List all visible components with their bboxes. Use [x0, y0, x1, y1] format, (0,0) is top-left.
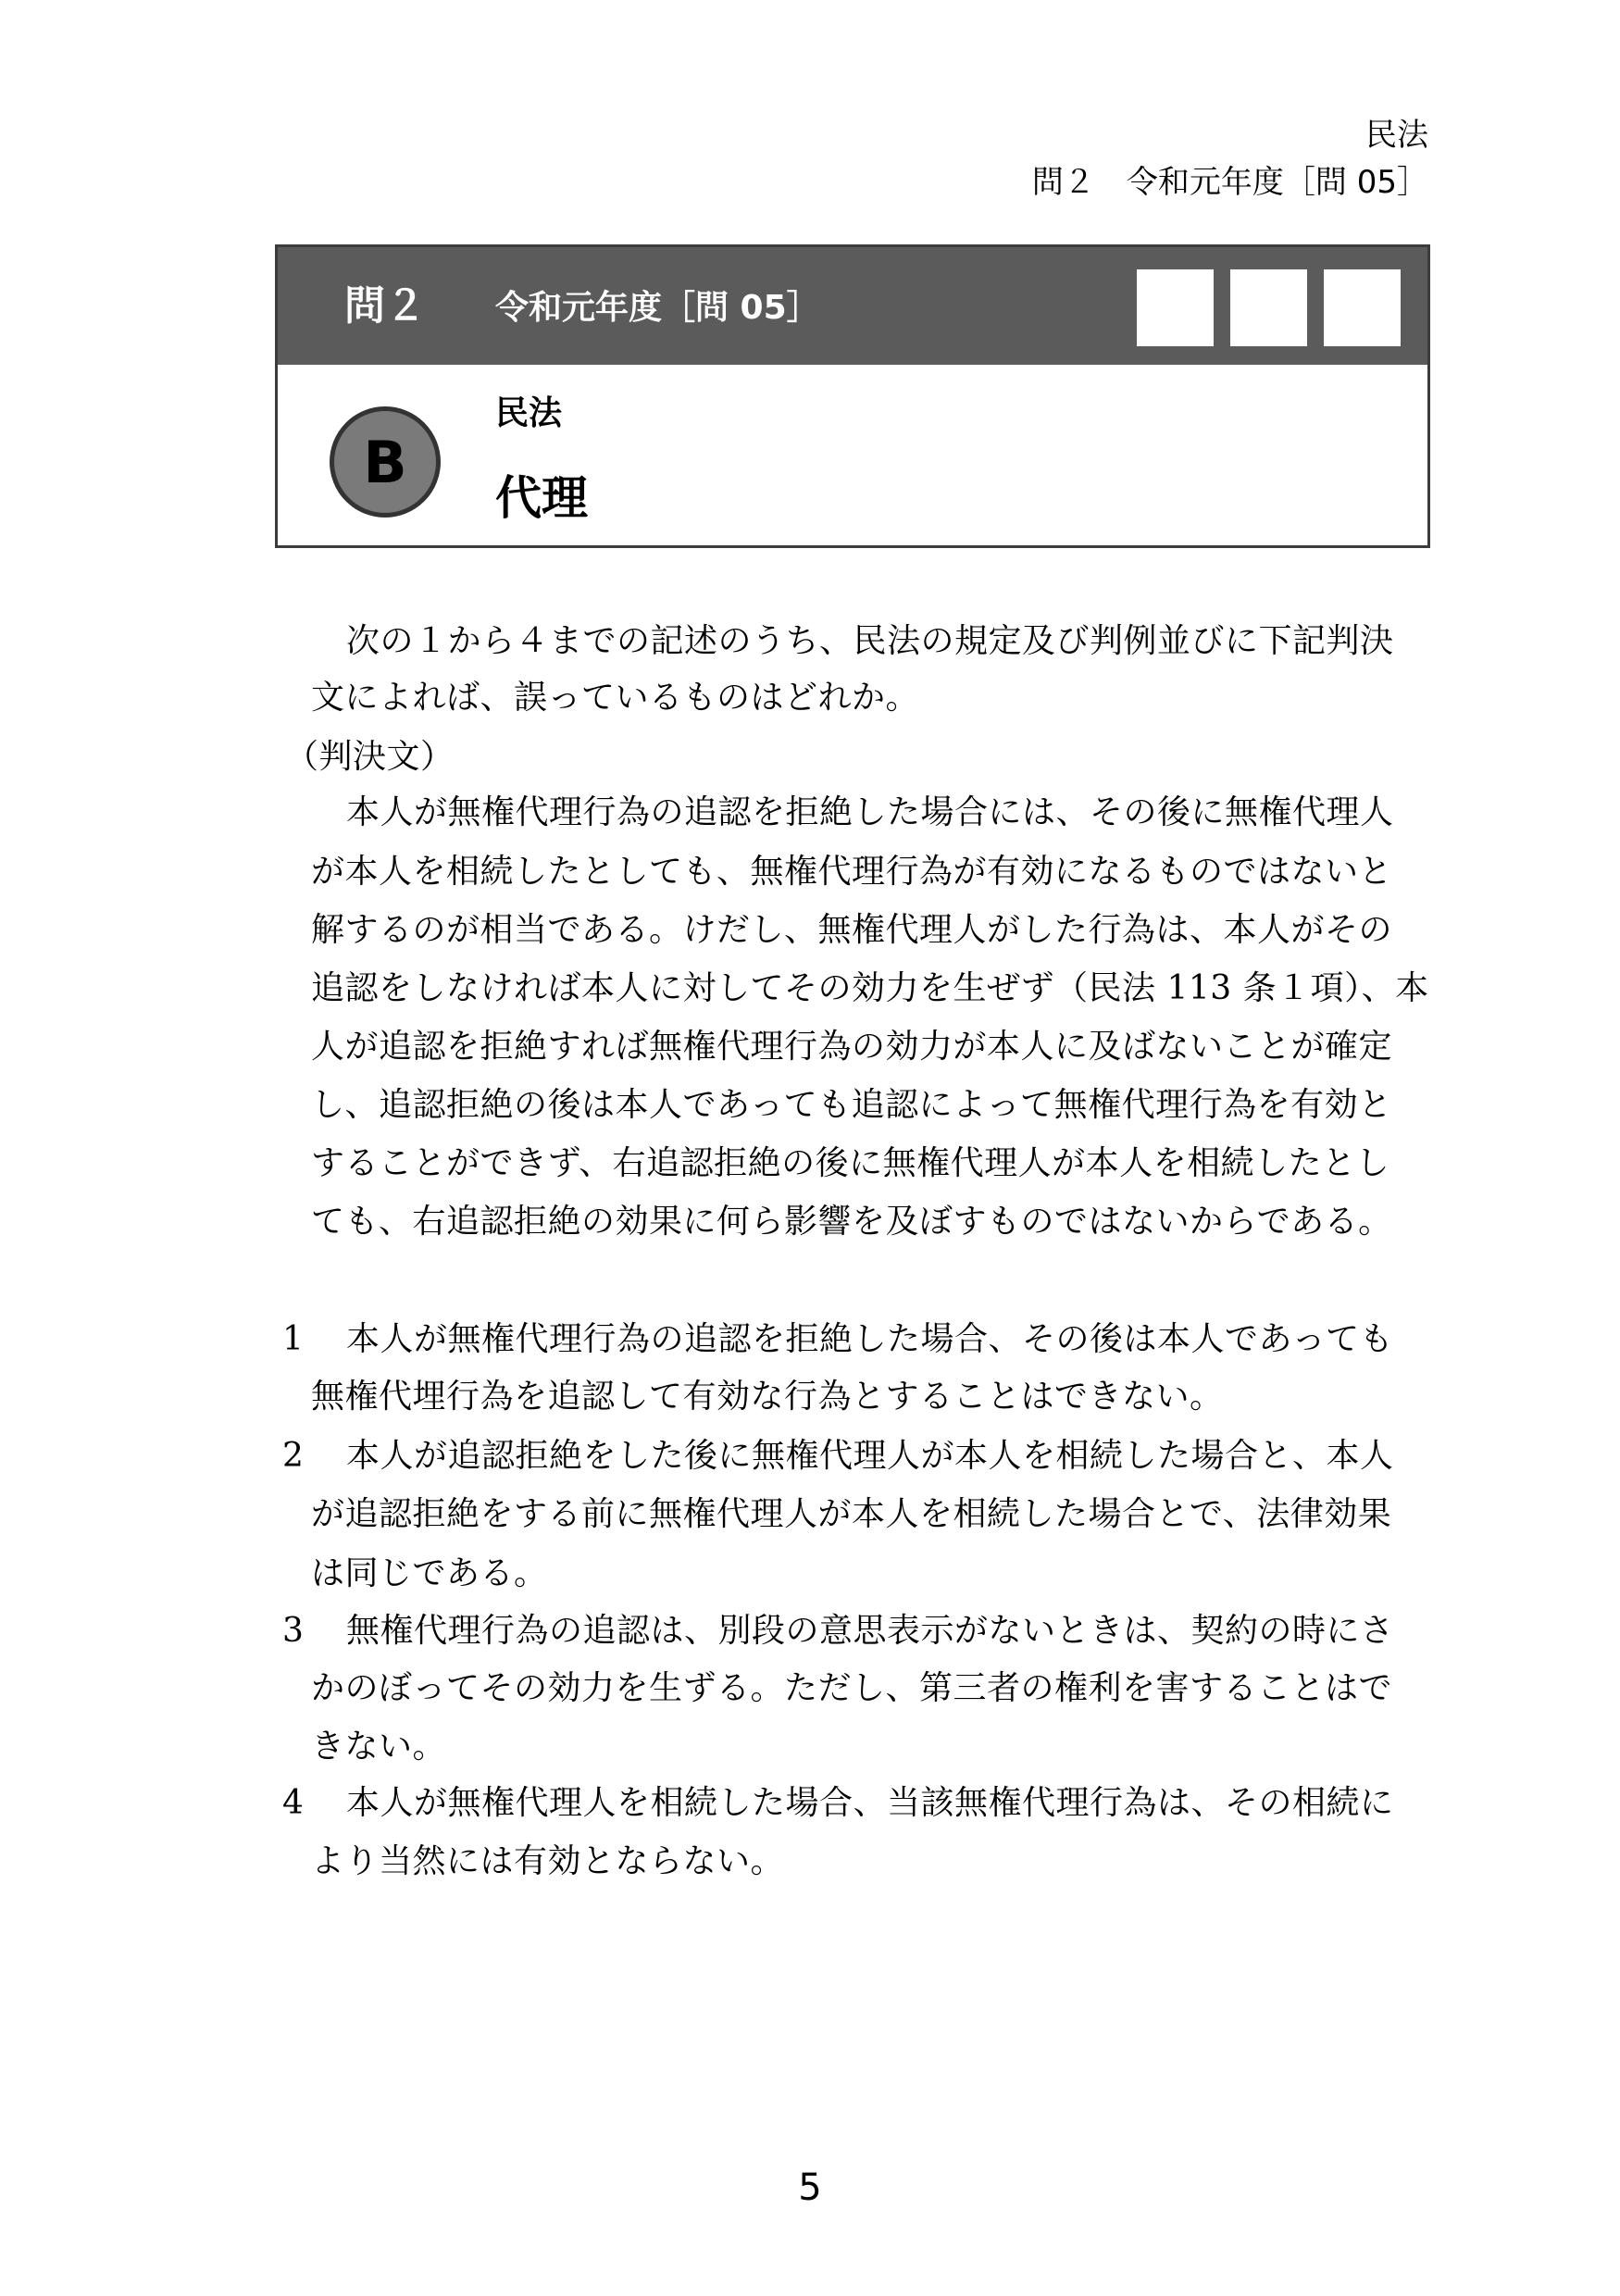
option-line: より当然には有効とならない。	[311, 1841, 784, 1882]
page-number: 5	[0, 2166, 1620, 2209]
option-line: 無権代埋行為を追認して有効な行為とすることはできない。	[311, 1377, 1224, 1417]
running-header-subject: 民法	[1365, 117, 1428, 154]
question-header-band: 問２ 令和元年度［問 05］	[278, 247, 1427, 365]
option-line: は同じである。	[311, 1554, 548, 1594]
option-line: 無権代理行為の追認は、別段の意思表示がないときは、契約の時にさ	[346, 1611, 1394, 1652]
judgment-line: 人が追認を拒絶すれば無権代理行為の効力が本人に及ばないことが確定	[311, 1027, 1392, 1067]
option-line: 本人が追認拒絶をした後に無権代理人が本人を相続した場合と、本人	[346, 1436, 1394, 1477]
option-line: が追認拒絶をする前に無権代理人が本人を相続した場合とで、法律効果	[311, 1494, 1391, 1535]
option-line: きない。	[311, 1727, 446, 1767]
question-year-ref: 令和元年度［問 05］	[495, 288, 820, 329]
option-number: 1	[282, 1319, 304, 1360]
judgment-label: （判決文）	[285, 737, 455, 778]
option-line: かのぼってその効力を生ずる。ただし、第三者の権利を害することはで	[311, 1668, 1392, 1709]
judgment-line: ても、右追認拒絶の効果に何ら影響を及ぼすものではないからである。	[311, 1202, 1392, 1242]
option-number: 2	[282, 1436, 304, 1477]
question-header-box: 問２ 令和元年度［問 05］ B 民法 代理	[275, 244, 1430, 548]
question-topic: 代理	[495, 471, 588, 525]
review-checkbox-3[interactable]	[1324, 269, 1401, 346]
running-header-question-ref: 問２ 令和元年度［問 05］	[1032, 164, 1428, 201]
judgment-line: することができず、右追認拒絶の後に無権代理人が本人を相続したとし	[311, 1143, 1389, 1184]
judgment-line: が本人を相続したとしても、無権代理行為が有効になるものではないと	[311, 852, 1392, 892]
option-line: 本人が無権代理行為の追認を拒絶した場合、その後は本人であっても	[346, 1319, 1393, 1360]
option-line: 本人が無権代理人を相続した場合、当該無権代理行為は、その相続に	[346, 1783, 1394, 1824]
question-stem-line: 次の１から４までの記述のうち、民法の規定及び判例並びに下記判決	[346, 621, 1394, 662]
option-number: 4	[282, 1783, 304, 1824]
question-number: 問２	[344, 282, 426, 331]
question-stem-line: 文によれば、誤っているものはどれか。	[311, 678, 919, 718]
review-checkbox-1[interactable]	[1137, 269, 1214, 346]
judgment-line: 解するのが相当である。けだし、無権代理人がした行為は、本人がその	[311, 910, 1392, 951]
judgment-line: 本人が無権代理行為の追認を拒絶した場合には、その後に無権代理人	[346, 792, 1394, 833]
judgment-line: し、追認拒絶の後は本人であっても追認によって無権代理行為を有効と	[311, 1085, 1392, 1126]
difficulty-badge: B	[330, 406, 441, 518]
option-number: 3	[282, 1611, 304, 1652]
judgment-line: 追認をしなければ本人に対してその効力を生ぜず（民法 113 条１項）、本	[311, 968, 1429, 1009]
question-subject: 民法	[495, 393, 562, 434]
review-checkbox-2[interactable]	[1230, 269, 1307, 346]
